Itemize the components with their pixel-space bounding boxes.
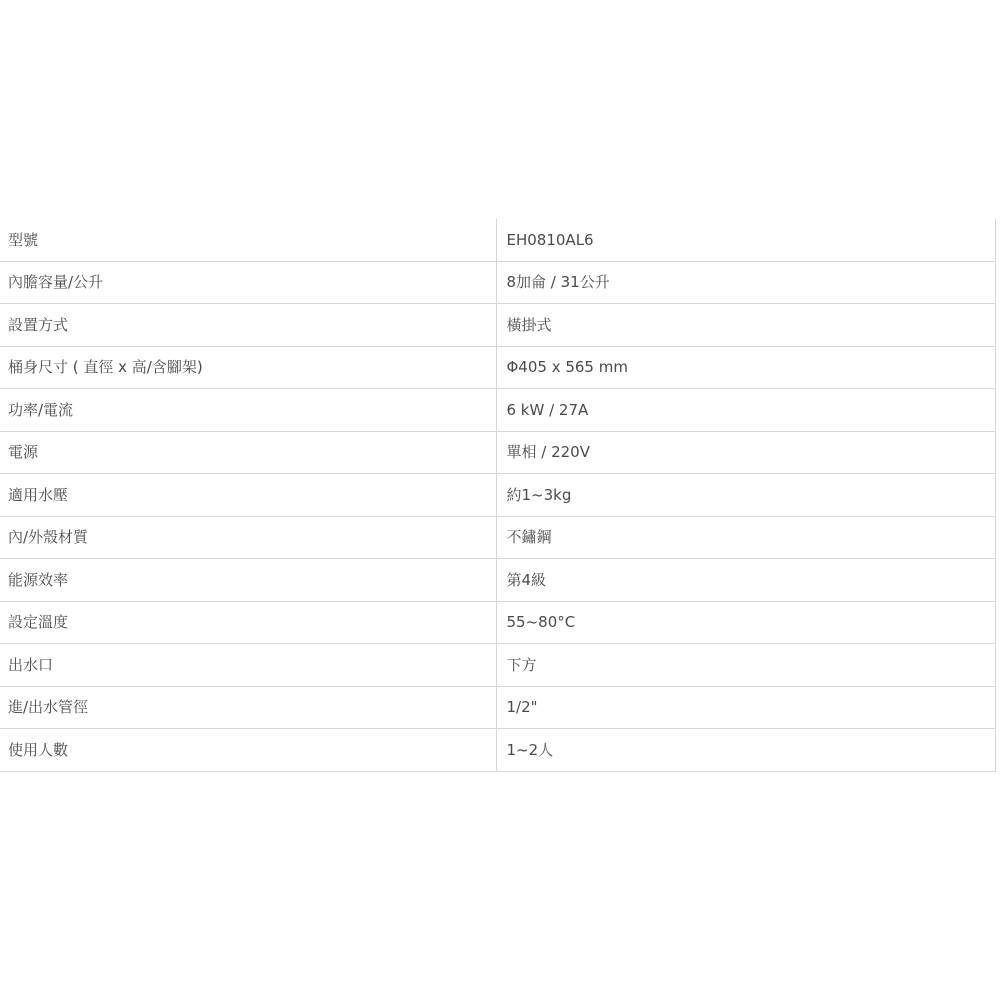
- spec-label: 電源: [0, 431, 496, 474]
- spec-value: Φ405 x 565 mm: [496, 346, 995, 389]
- spec-value: 下方: [496, 644, 995, 687]
- spec-label: 內膽容量/公升: [0, 261, 496, 304]
- spec-label: 桶身尺寸 ( 直徑 x 高/含腳架): [0, 346, 496, 389]
- spec-value: 1~2人: [496, 729, 995, 772]
- spec-value: 約1~3kg: [496, 474, 995, 517]
- table-row-installation: 設置方式 橫掛式: [0, 304, 995, 347]
- table-row-water-pressure: 適用水壓 約1~3kg: [0, 474, 995, 517]
- spec-value: 6 kW / 27A: [496, 389, 995, 432]
- table-row-capacity: 內膽容量/公升 8加侖 / 31公升: [0, 261, 995, 304]
- table-row-dimensions: 桶身尺寸 ( 直徑 x 高/含腳架) Φ405 x 565 mm: [0, 346, 995, 389]
- table-row-model: 型號 EH0810AL6: [0, 219, 995, 261]
- spec-label: 型號: [0, 219, 496, 261]
- spec-label: 出水口: [0, 644, 496, 687]
- table-row-pipe-diameter: 進/出水管徑 1/2": [0, 686, 995, 729]
- spec-label: 進/出水管徑: [0, 686, 496, 729]
- table-row-energy-efficiency: 能源效率 第4級: [0, 559, 995, 602]
- spec-table: 型號 EH0810AL6 內膽容量/公升 8加侖 / 31公升 設置方式 橫掛式…: [0, 219, 996, 772]
- spec-value: 不鏽鋼: [496, 516, 995, 559]
- spec-value: 55~80°C: [496, 601, 995, 644]
- table-row-users: 使用人數 1~2人: [0, 729, 995, 772]
- spec-value: 8加侖 / 31公升: [496, 261, 995, 304]
- table-row-outlet: 出水口 下方: [0, 644, 995, 687]
- spec-label: 功率/電流: [0, 389, 496, 432]
- spec-value: 單相 / 220V: [496, 431, 995, 474]
- table-row-power-source: 電源 單相 / 220V: [0, 431, 995, 474]
- spec-label: 內/外殼材質: [0, 516, 496, 559]
- spec-value: 第4級: [496, 559, 995, 602]
- table-row-temperature: 設定溫度 55~80°C: [0, 601, 995, 644]
- spec-label: 能源效率: [0, 559, 496, 602]
- table-row-power: 功率/電流 6 kW / 27A: [0, 389, 995, 432]
- table-row-material: 內/外殼材質 不鏽鋼: [0, 516, 995, 559]
- spec-label: 設定溫度: [0, 601, 496, 644]
- spec-label: 使用人數: [0, 729, 496, 772]
- spec-value: 1/2": [496, 686, 995, 729]
- spec-value: EH0810AL6: [496, 219, 995, 261]
- spec-label: 適用水壓: [0, 474, 496, 517]
- spec-value: 橫掛式: [496, 304, 995, 347]
- spec-label: 設置方式: [0, 304, 496, 347]
